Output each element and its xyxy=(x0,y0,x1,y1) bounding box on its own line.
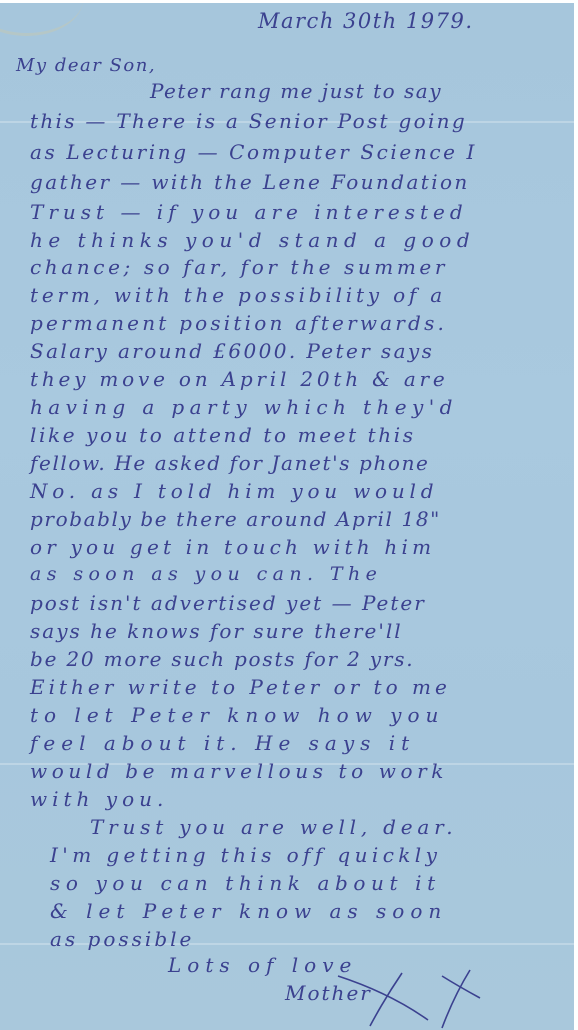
letter-line: or you get in touch with him xyxy=(30,535,435,559)
letter-line: & let Peter know as soon xyxy=(50,899,447,923)
letter-line: post isn't advertised yet — Peter xyxy=(30,591,426,615)
salutation: My dear Son, xyxy=(16,55,156,76)
letter-line: would be marvellous to work xyxy=(30,759,448,783)
closing: Lots of love xyxy=(168,953,357,977)
letter-line: so you can think about it xyxy=(50,871,441,895)
letter-line: Salary around £6000. Peter says xyxy=(30,339,434,363)
paper-stain xyxy=(0,3,83,36)
letter-line: Either write to Peter or to me xyxy=(30,675,451,699)
letter-line: says he knows for sure there'll xyxy=(30,619,403,643)
letter-line: they move on April 20th & are xyxy=(30,367,449,391)
letter-line: Trust you are well, dear. xyxy=(90,815,457,839)
letter-line: No. as I told him you would xyxy=(30,479,438,503)
letter-line: probably be there around April 18" xyxy=(30,507,441,531)
letter-line: this — There is a Senior Post going xyxy=(30,109,467,133)
letter-line: having a party which they'd xyxy=(30,395,458,419)
letter-line: I'm getting this off quickly xyxy=(50,843,441,867)
letter-line: with you. xyxy=(30,787,168,811)
letter-line: fellow. He asked for Janet's phone xyxy=(30,451,430,475)
letter-line: Peter rang me just to say xyxy=(150,79,442,103)
letter-line: gather — with the Lene Foundation xyxy=(30,170,470,194)
letter-line: like you to attend to meet this xyxy=(30,423,416,447)
kisses-mark xyxy=(330,968,490,1030)
letter-line: feel about it. He says it xyxy=(30,731,415,755)
letter-line: to let Peter know how you xyxy=(30,703,444,727)
letter-date: March 30th 1979. xyxy=(258,9,474,33)
letter-line: as soon as you can. The xyxy=(30,563,382,585)
letter-line: as Lecturing — Computer Science I xyxy=(30,140,477,164)
letter-line: be 20 more such posts for 2 yrs. xyxy=(30,647,414,671)
letter-line: he thinks you'd stand a good xyxy=(30,228,475,252)
letter-line: as possible xyxy=(50,927,194,951)
letter-page: March 30th 1979. My dear Son, Peter rang… xyxy=(0,3,574,1030)
letter-line: permanent position afterwards. xyxy=(30,311,447,335)
letter-line: chance; so far, for the summer xyxy=(30,255,448,279)
letter-line: Trust — if you are interested xyxy=(30,200,468,224)
letter-line: term, with the possibility of a xyxy=(30,283,446,307)
